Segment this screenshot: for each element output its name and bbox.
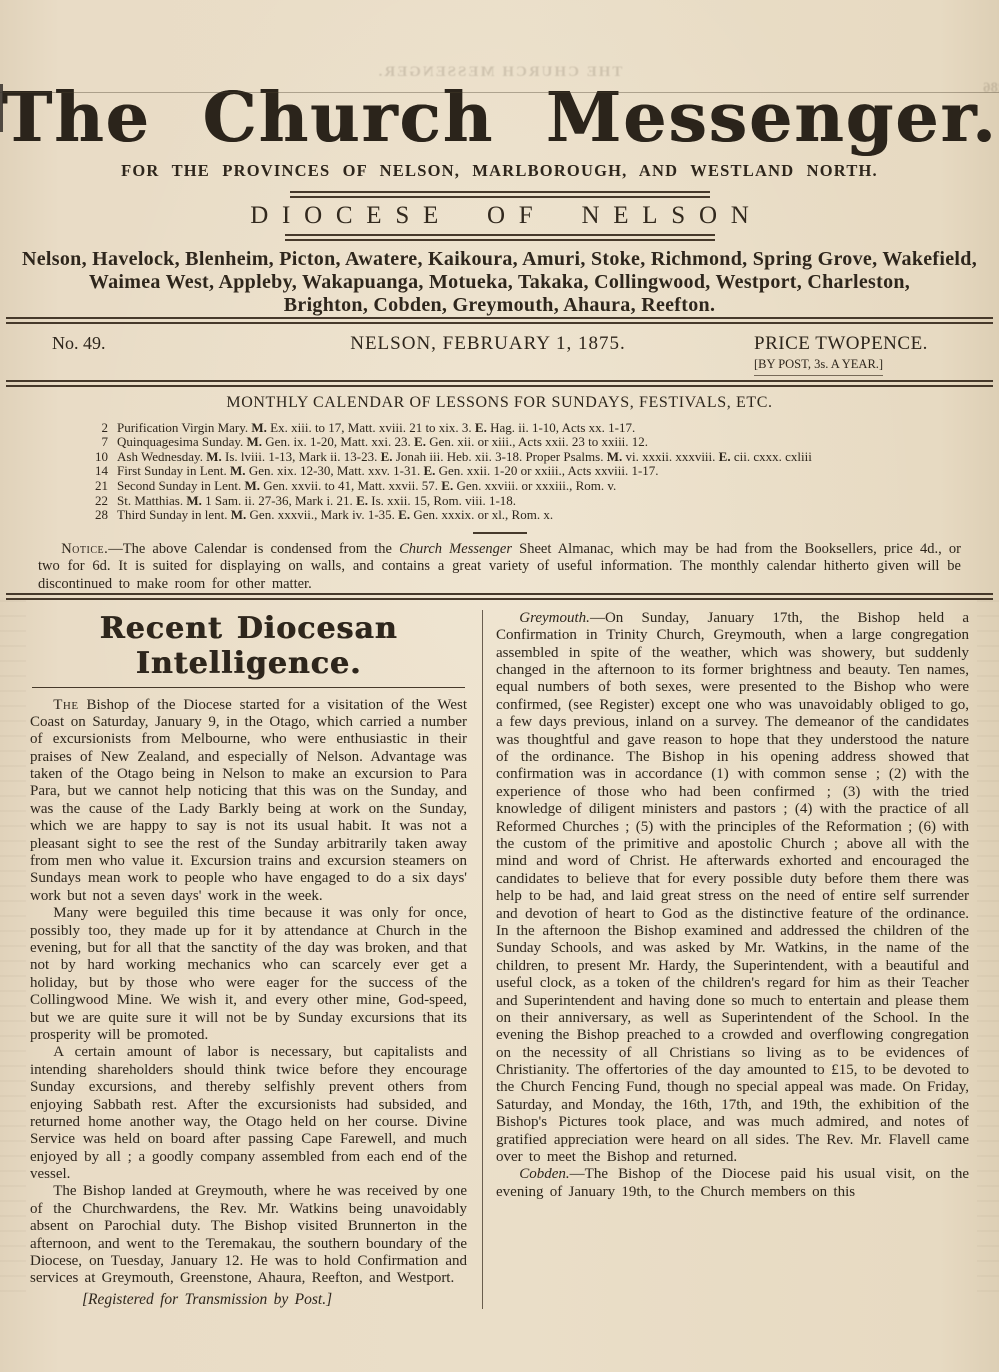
- calendar-row: 28Third Sunday in lent. M. Gen. xxxvii.,…: [14, 508, 985, 523]
- towns-list: Nelson, Havelock, Blenheim, Picton, Awat…: [0, 248, 999, 317]
- price-note: [BY POST, 3s. A YEAR.]: [754, 357, 883, 376]
- diocese-rule-top: [290, 191, 710, 198]
- newspaper-page: THE CHURCH MESSENGER. 286 The Church Mes…: [0, 0, 999, 1372]
- calendar-lessons: Third Sunday in lent. M. Gen. xxxvii., M…: [117, 508, 553, 523]
- calendar-day: 7: [14, 435, 108, 450]
- column-divider: [482, 610, 483, 1309]
- right-paragraphs: Greymouth.—On Sunday, January 17th, the …: [496, 610, 969, 1201]
- calendar-row: 21Second Sunday in Lent. M. Gen. xxvii. …: [14, 479, 985, 494]
- heading-underline-rule: [32, 687, 465, 688]
- calendar-day: 21: [14, 479, 108, 494]
- calendar-day: 22: [14, 494, 108, 509]
- calendar-title: MONTHLY CALENDAR OF LESSONS FOR SUNDAYS,…: [14, 394, 985, 412]
- towns-line: Nelson, Havelock, Blenheim, Picton, Awat…: [0, 248, 999, 271]
- right-column: Greymouth.—On Sunday, January 17th, the …: [496, 610, 969, 1309]
- calendar-lessons: First Sunday in Lent. M. Gen. xix. 12-30…: [117, 464, 659, 479]
- dateline-rule-bottom: [6, 380, 993, 387]
- dateline-date: NELSON, FEBRUARY 1, 1875.: [222, 333, 754, 355]
- calendar-lessons: Purification Virgin Mary. M. Ex. xiii. t…: [117, 421, 635, 436]
- diocese-rule-bottom: [285, 234, 715, 241]
- notice-section: Notice.—The above Calendar is condensed …: [0, 541, 999, 593]
- article-columns: Recent Diocesan Intelligence. The Bishop…: [0, 600, 999, 1309]
- left-paragraphs: The Bishop of the Diocese started for a …: [30, 697, 467, 1309]
- body-paragraph: A certain amount of labor is necessary, …: [30, 1044, 467, 1183]
- calendar-row: 10Ash Wednesday. M. Is. lviii. 1-13, Mar…: [14, 450, 985, 465]
- body-paragraph: Many were beguiled this time because it …: [30, 905, 467, 1044]
- calendar-rows: 2Purification Virgin Mary. M. Ex. xiii. …: [14, 421, 985, 523]
- calendar-lessons: Second Sunday in Lent. M. Gen. xxvii. to…: [117, 479, 616, 494]
- price-block: PRICE TWOPENCE. [BY POST, 3s. A YEAR.]: [754, 333, 969, 376]
- masthead: The Church Messenger. FOR THE PROVINCES …: [0, 86, 999, 317]
- calendar-section: MONTHLY CALENDAR OF LESSONS FOR SUNDAYS,…: [0, 387, 999, 523]
- bleedthrough-page-number: 286: [983, 80, 999, 97]
- body-paragraph: Greymouth.—On Sunday, January 17th, the …: [496, 610, 969, 1167]
- calendar-lessons: Ash Wednesday. M. Is. lviii. 1-13, Mark …: [117, 450, 812, 465]
- towns-line: Waimea West, Appleby, Wakapuanga, Motuek…: [0, 271, 999, 294]
- calendar-day: 28: [14, 508, 108, 523]
- section-heading-recent-diocesan-intelligence: Recent Diocesan Intelligence.: [30, 612, 467, 682]
- price: PRICE TWOPENCE.: [754, 333, 969, 355]
- bleedthrough-masthead-text: THE CHURCH MESSENGER.: [0, 64, 999, 81]
- dateline: No. 49. NELSON, FEBRUARY 1, 1875. PRICE …: [0, 324, 999, 380]
- calendar-lessons: St. Matthias. M. 1 Sam. ii. 27-36, Mark …: [117, 494, 516, 509]
- calendar-day: 2: [14, 421, 108, 436]
- calendar-row: 14First Sunday in Lent. M. Gen. xix. 12-…: [14, 464, 985, 479]
- scan-edge-mark: [0, 84, 3, 132]
- issue-number: No. 49.: [52, 333, 222, 354]
- calendar-row: 7Quinquagesima Sunday. M. Gen. ix. 1-20,…: [14, 435, 985, 450]
- dateline-rule-top: [6, 317, 993, 324]
- body-paragraph: The Bishop landed at Greymouth, where he…: [30, 1183, 467, 1287]
- calendar-lessons: Quinquagesima Sunday. M. Gen. ix. 1-20, …: [117, 435, 648, 450]
- top-edge-rule: [0, 92, 999, 93]
- masthead-subtitle: FOR THE PROVINCES OF NELSON, MARLBOROUGH…: [0, 161, 999, 181]
- columns-rule-top: [6, 593, 993, 600]
- calendar-row: 22St. Matthias. M. 1 Sam. ii. 27-36, Mar…: [14, 494, 985, 509]
- body-paragraph: The Bishop of the Diocese started for a …: [30, 697, 467, 906]
- notice-divider-rule: [473, 532, 527, 534]
- calendar-day: 10: [14, 450, 108, 465]
- diocese-heading: DIOCESE OF NELSON: [0, 202, 999, 230]
- towns-line: Brighton, Cobden, Greymouth, Ahaura, Ree…: [0, 294, 999, 317]
- calendar-day: 14: [14, 464, 108, 479]
- notice-text: Notice.—The above Calendar is condensed …: [38, 541, 961, 593]
- masthead-title: The Church Messenger.: [0, 86, 999, 151]
- body-paragraph: Cobden.—The Bishop of the Diocese paid h…: [496, 1166, 969, 1201]
- registered-line: [Registered for Transmission by Post.]: [82, 1291, 467, 1309]
- calendar-row: 2Purification Virgin Mary. M. Ex. xiii. …: [14, 421, 985, 436]
- left-column: Recent Diocesan Intelligence. The Bishop…: [30, 610, 467, 1309]
